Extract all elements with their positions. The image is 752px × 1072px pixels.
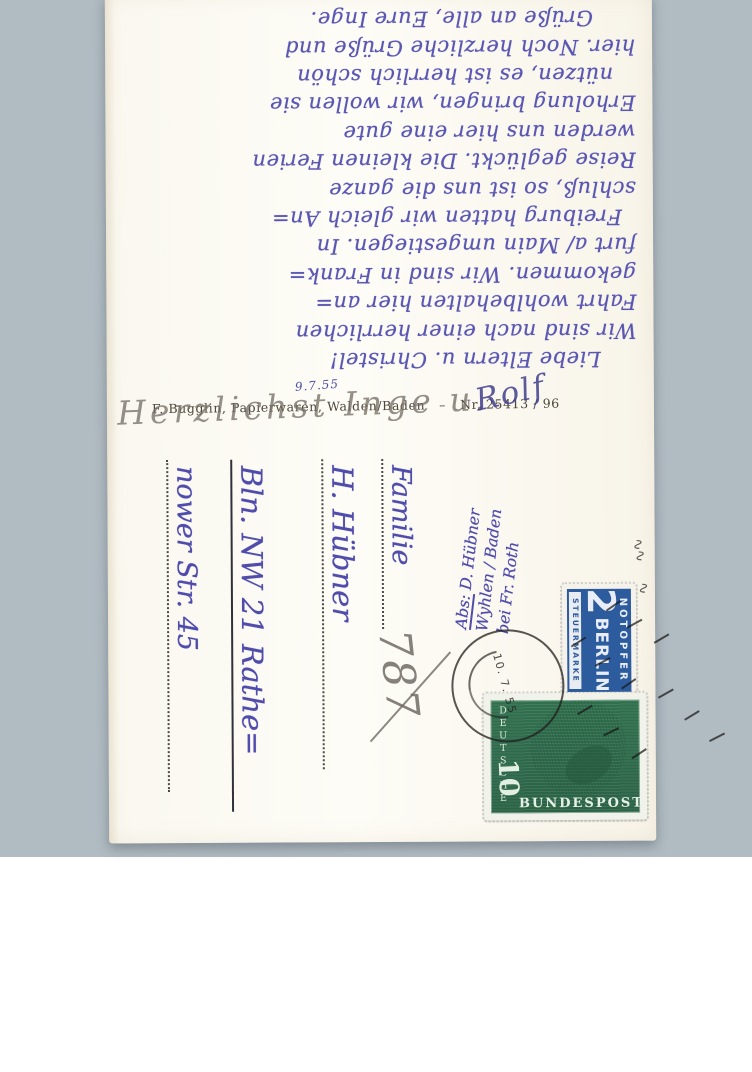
address-line: Familie	[381, 459, 428, 629]
postcard-back: Liebe Eltern u. Christel! Wir sind nach …	[105, 0, 656, 843]
address-name: H. Hübner	[325, 465, 360, 621]
address-line: H. Hübner	[321, 459, 369, 769]
tax-stamp-city: BERLIN	[591, 617, 611, 692]
handwritten-message: Liebe Eltern u. Christel! Wir sind nach …	[121, 1, 637, 376]
message-line: hier. Noch herzliche Grüße und	[121, 32, 635, 63]
message-line: Grüße an alle, Eure Inge.	[121, 3, 635, 34]
message-line: nützen, es ist herrlich schön	[121, 60, 635, 91]
message-line: Reise geglückt. Die kleinen Ferien	[122, 145, 636, 176]
message-line: furt a/ Main umgestiegen. In	[122, 231, 636, 262]
message-line: Erholung bringen, wir wollen sie	[121, 89, 635, 120]
message-line: Liebe Eltern u. Christel!	[123, 344, 637, 375]
address-recipient: Familie	[385, 465, 417, 566]
message-line: Freiburg hatten wir gleich An=	[122, 202, 636, 233]
scanned-postcard-photo: Liebe Eltern u. Christel! Wir sind nach …	[0, 0, 752, 1072]
stamp-service-label: BUNDESPOST	[519, 796, 636, 812]
address-city: Bln. NW 21 Rathe=	[234, 466, 270, 756]
message-line: gekommen. Wir sind in Frank=	[122, 259, 636, 290]
message-line: Wir sind nach einer herrlichen	[122, 316, 636, 347]
address-line: Bln. NW 21 Rathe=	[230, 460, 278, 812]
postmark: 10. 7. 55	[451, 629, 565, 743]
tax-stamp-design: NOTOPFER 2 BERLIN STEUERMARKE	[567, 589, 632, 692]
notopfer-berlin-tax-stamp: NOTOPFER 2 BERLIN STEUERMARKE	[562, 584, 637, 697]
cancellation-squiggle: ∿	[634, 580, 654, 595]
sender-block: Abs: D. Hübner Wyhlen / Baden bei Fr. Ro…	[448, 422, 544, 632]
stamp-value: 10	[492, 757, 525, 798]
sender-block-inner: Abs: D. Hübner Wyhlen / Baden bei Fr. Ro…	[451, 424, 544, 636]
tax-stamp-value: 2	[586, 589, 616, 615]
message-line: schluß, so ist uns die ganze	[122, 174, 636, 205]
cancellation-squiggle: ∿∿	[628, 537, 650, 563]
tax-stamp-face: NOTOPFER 2 BERLIN STEUERMARKE	[567, 589, 632, 692]
address-street: nower Str. 45	[170, 466, 202, 651]
message-line: Fahrt wohlbehalten hier an=	[122, 287, 636, 318]
address-line: nower Str. 45	[166, 460, 214, 792]
message-line: werden uns hier eine gute	[121, 117, 635, 148]
